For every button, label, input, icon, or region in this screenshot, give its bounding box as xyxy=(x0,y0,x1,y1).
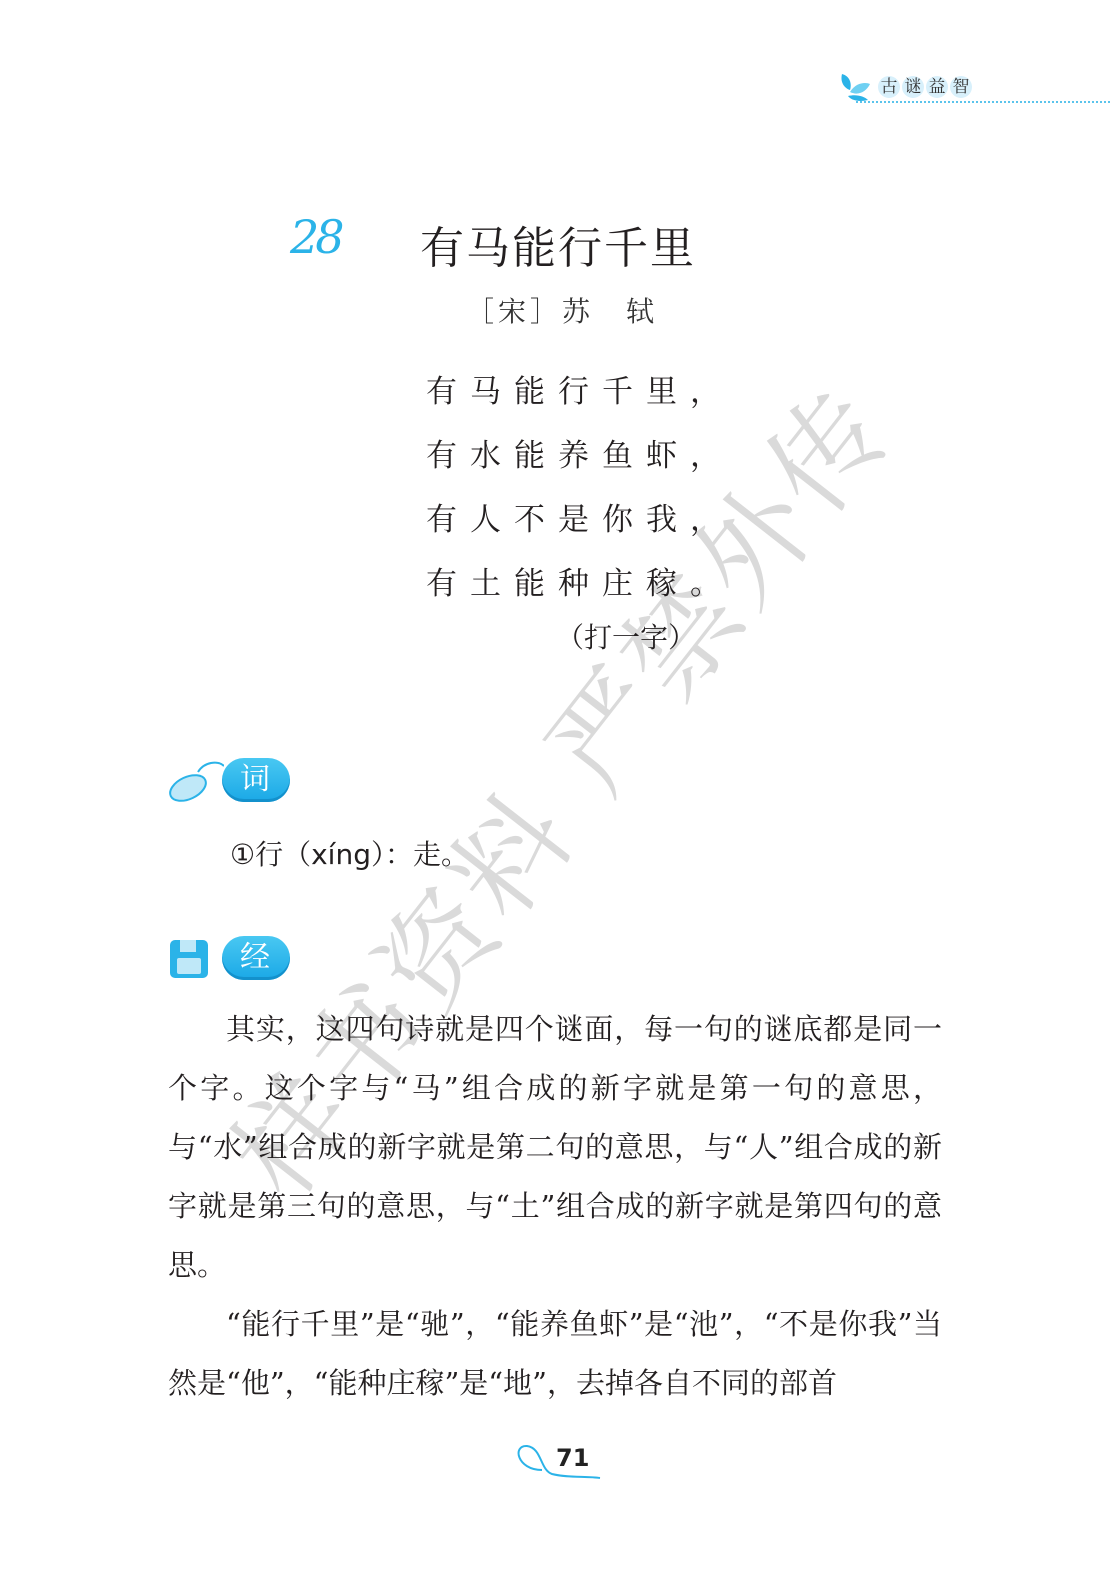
explanation-text: 其实，这四句诗就是四个谜面，每一句的谜底都是同一个字。这个字与“马”组合成的新字… xyxy=(168,1000,942,1413)
mouse-icon xyxy=(168,760,224,804)
riddle-hint: （打一字） xyxy=(556,616,696,656)
poem-line: 有土能种庄稼。 xyxy=(426,552,734,616)
paragraph: “能行千里”是“驰”，“能养鱼虾”是“池”，“不是你我”当然是“他”，“能种庄稼… xyxy=(168,1295,942,1413)
author: ［宋］苏 轼 xyxy=(466,290,658,330)
header-char: 谜 xyxy=(902,76,924,98)
paragraph: 其实，这四句诗就是四个谜面，每一句的谜底都是同一个字。这个字与“马”组合成的新字… xyxy=(168,1000,942,1295)
section-title: 词语点击 xyxy=(222,758,290,802)
header-char: 智 xyxy=(950,76,972,98)
header-char: 益 xyxy=(926,76,948,98)
poem-line: 有马能行千里， xyxy=(426,360,734,424)
poem-line: 有水能养鱼虾， xyxy=(426,424,734,488)
poem: 有马能行千里， 有水能养鱼虾， 有人不是你我， 有土能种庄稼。 xyxy=(426,360,734,616)
poem-line: 有人不是你我， xyxy=(426,488,734,552)
section-title: 经典存盘 xyxy=(222,936,290,980)
definition-item: ①行（xíng）：走。 xyxy=(230,833,469,873)
floppy-disk-icon xyxy=(168,936,212,980)
page-number: 71 xyxy=(512,1440,612,1480)
header-dotted-rule xyxy=(856,101,1110,103)
header-char: 古 xyxy=(878,76,900,98)
chapter-number: 28 xyxy=(290,210,341,264)
leaf-icon xyxy=(838,72,872,102)
page-number-text: 71 xyxy=(556,1444,589,1472)
chapter-title: 有马能行千里 xyxy=(420,212,696,276)
